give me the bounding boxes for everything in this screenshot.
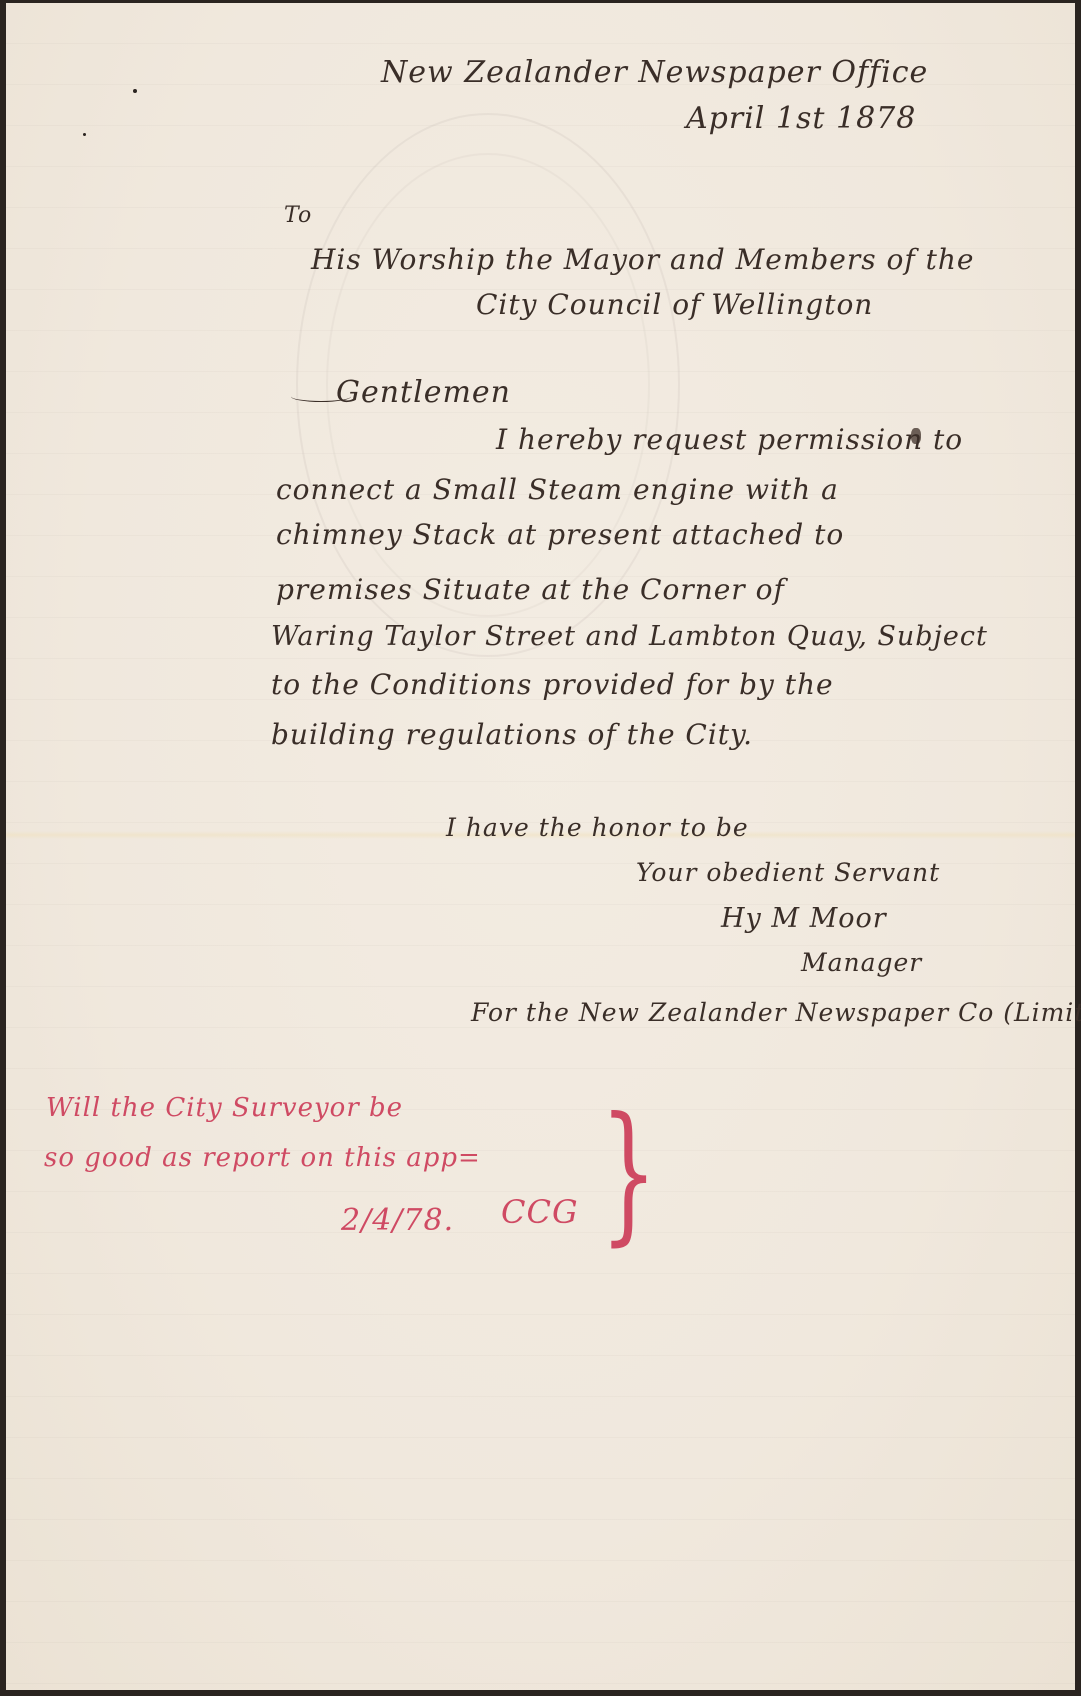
annotation-date: 2/4/78. (341, 1203, 454, 1238)
on-behalf-line: For the New Zealander Newspaper Co (Limi… (471, 998, 1081, 1027)
addressee-line-2: City Council of Wellington (476, 288, 873, 321)
greeting: Gentlemen (336, 375, 511, 410)
ink-speck (133, 89, 137, 93)
body-line-3: chimney Stack at present attached to (276, 518, 844, 551)
salutation-to: To (284, 203, 312, 228)
closing-line-2: Your obedient Servant (636, 858, 940, 887)
annotation-line-2: so good as report on this app= (44, 1143, 481, 1173)
body-line-2: connect a Small Steam engine with a (276, 473, 839, 506)
letter-date: April 1st 1878 (686, 101, 916, 136)
addressee-line-1: His Worship the Mayor and Members of the (311, 243, 975, 276)
annotation-initials: CCG (501, 1193, 579, 1231)
letterhead-office: New Zealander Newspaper Office (381, 55, 928, 90)
body-line-1: I hereby request permission to (496, 423, 963, 456)
body-line-6: to the Conditions provided for by the (271, 668, 834, 701)
letter-page: New Zealander Newspaper Office April 1st… (6, 3, 1075, 1690)
annotation-line-1: Will the City Surveyor be (46, 1093, 403, 1123)
body-line-7: building regulations of the City. (271, 718, 753, 751)
body-line-5: Waring Taylor Street and Lambton Quay, S… (271, 621, 988, 652)
signatory-title: Manager (801, 948, 922, 977)
signature: Hy M Moor (721, 903, 887, 934)
ink-speck (83, 133, 86, 136)
body-line-4: premises Situate at the Corner of (276, 573, 785, 606)
annotation-brace: } (600, 1098, 657, 1248)
closing-line-1: I have the honor to be (446, 813, 749, 842)
